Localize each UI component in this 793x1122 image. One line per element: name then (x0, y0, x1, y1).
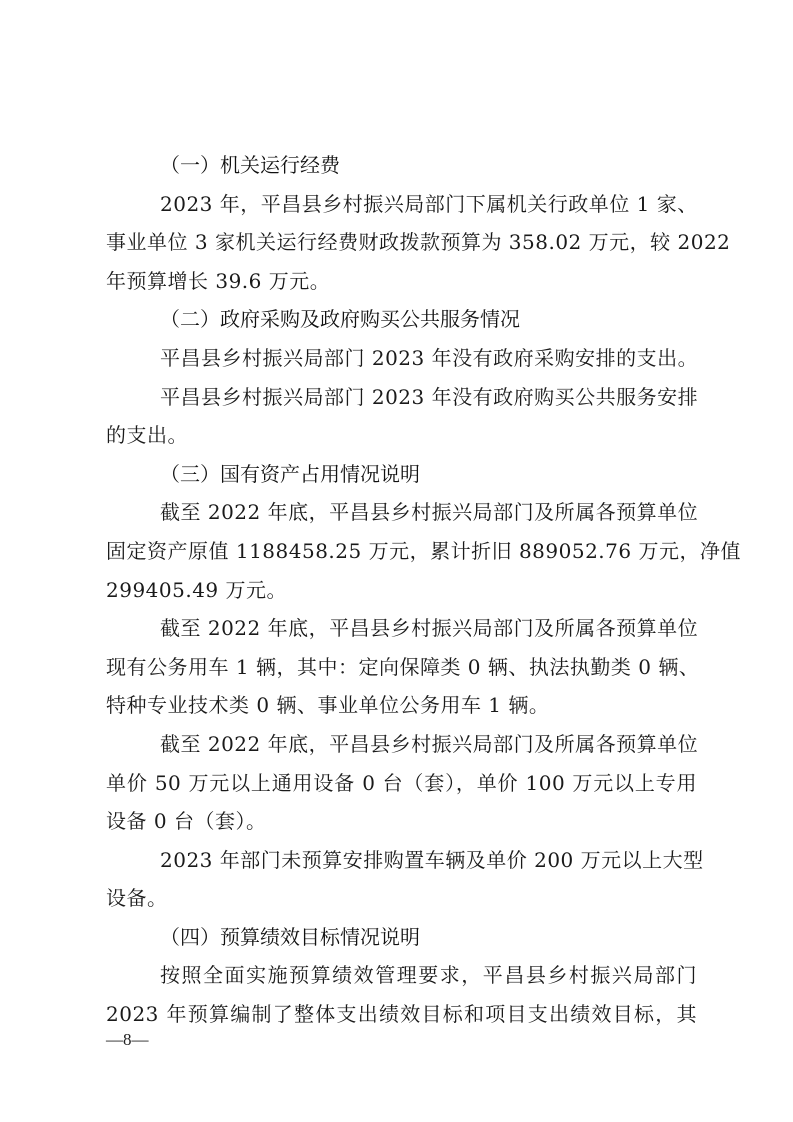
paragraph-line: 平昌县乡村振兴局部门 2023 年没有政府购买公共服务安排 (106, 378, 697, 417)
section-heading-3: （三）国有资产占用情况说明 (106, 455, 697, 494)
paragraph-line: 单价 50 万元以上通用设备 0 台（套），单价 100 万元以上专用 (106, 764, 697, 803)
paragraph-line: 2023 年部门未预算安排购置车辆及单价 200 万元以上大型 (106, 841, 697, 880)
paragraph-line: 平昌县乡村振兴局部门 2023 年没有政府采购安排的支出。 (106, 339, 697, 378)
page-number: —8— (106, 1030, 149, 1050)
paragraph-line: 的支出。 (106, 416, 697, 455)
paragraph-line: 2023 年，平昌县乡村振兴局部门下属机关行政单位 1 家、 (106, 185, 697, 224)
paragraph-line: 设备。 (106, 879, 697, 918)
paragraph-line: 截至 2022 年底，平昌县乡村振兴局部门及所属各预算单位 (106, 493, 697, 532)
paragraph-line: 截至 2022 年底，平昌县乡村振兴局部门及所属各预算单位 (106, 609, 697, 648)
paragraph-line: 截至 2022 年底，平昌县乡村振兴局部门及所属各预算单位 (106, 725, 697, 764)
paragraph-line: 年预算增长 39.6 万元。 (106, 262, 697, 301)
paragraph-line: 事业单位 3 家机关运行经费财政拨款预算为 358.02 万元，较 2022 (106, 223, 697, 262)
paragraph-line: 按照全面实施预算绩效管理要求，平昌县乡村振兴局部门 (106, 956, 697, 995)
section-heading-4: （四）预算绩效目标情况说明 (106, 918, 697, 957)
document-page: （一）机关运行经费 2023 年，平昌县乡村振兴局部门下属机关行政单位 1 家、… (106, 146, 697, 1034)
paragraph-line: 现有公务用车 1 辆，其中：定向保障类 0 辆、执法执勤类 0 辆、 (106, 648, 697, 687)
section-heading-1: （一）机关运行经费 (106, 146, 697, 185)
paragraph-line: 2023 年预算编制了整体支出绩效目标和项目支出绩效目标，其 (106, 995, 697, 1034)
section-heading-2: （二）政府采购及政府购买公共服务情况 (106, 300, 697, 339)
paragraph-line: 特种专业技术类 0 辆、事业单位公务用车 1 辆。 (106, 686, 697, 725)
paragraph-line: 固定资产原值 1188458.25 万元，累计折旧 889052.76 万元，净… (106, 532, 697, 571)
paragraph-line: 设备 0 台（套）。 (106, 802, 697, 841)
paragraph-line: 299405.49 万元。 (106, 571, 697, 610)
